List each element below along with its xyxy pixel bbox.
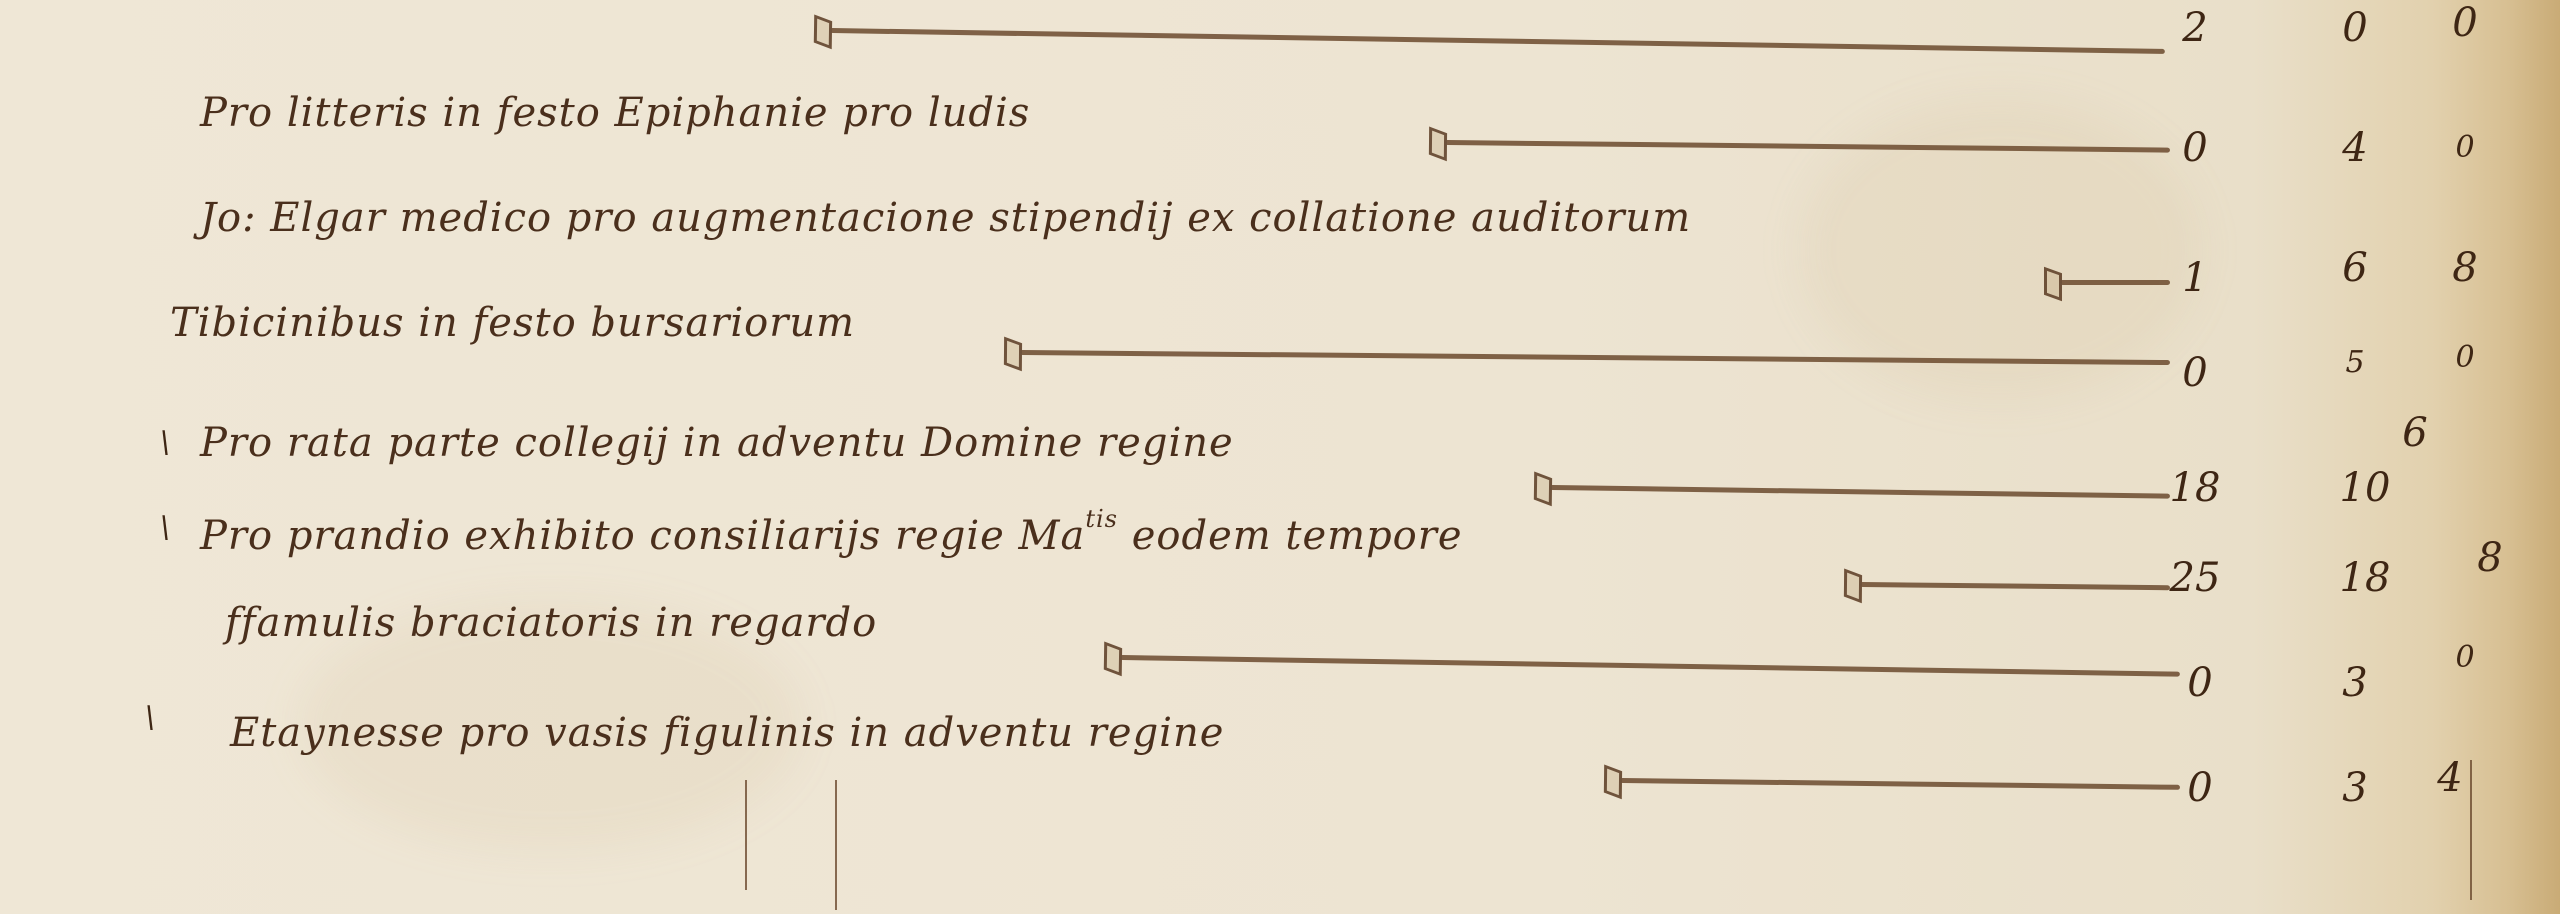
amount-li: 2 (2165, 5, 2225, 51)
amount-s: 4 (2325, 125, 2385, 171)
ink-descender (835, 780, 837, 910)
entry-text: Tibicinibus in festo bursariorum (170, 300, 855, 346)
amount-s: 6 (2325, 245, 2385, 291)
leader-line (830, 28, 2165, 54)
leader-line (1620, 778, 2180, 790)
amount-s: 18 (2335, 555, 2395, 601)
leader-line (1445, 140, 2170, 153)
entry-row: \ Pro rata parte collegij in adventu Dom… (0, 410, 2560, 470)
margin-tick: \ (145, 700, 155, 735)
amount-li: 0 (2165, 350, 2225, 396)
amount-s: 5 (2325, 345, 2385, 380)
amount-li: 25 (2165, 555, 2225, 601)
leader-line (1550, 485, 2170, 499)
amount-li: 0 (2165, 125, 2225, 171)
entry-row-top-fragment: 2 0 0 (0, 0, 2560, 60)
amount-li: 1 (2165, 255, 2225, 301)
ink-descender (745, 780, 747, 890)
entry-text: Jo: Elgar medico pro augmentacione stipe… (200, 195, 1691, 241)
margin-tick: \ (160, 510, 170, 545)
entry-row: Jo: Elgar medico pro augmentacione stipe… (0, 195, 2560, 255)
amount-d: 0 (2435, 130, 2495, 165)
entry-row: \ Etaynesse pro vasis figulinis in adven… (0, 700, 2560, 760)
amount-d: 0 (2435, 340, 2495, 375)
ink-descender (2470, 760, 2472, 900)
amount-s: 0 (2325, 5, 2385, 51)
entry-row: \ Pro prandio exhibito consiliarijs regi… (0, 500, 2560, 560)
leader-line (1860, 582, 2170, 590)
amount-s: 3 (2325, 765, 2385, 811)
leader-line (1120, 655, 2180, 677)
entry-text: Pro rata parte collegij in adventu Domin… (200, 420, 1234, 466)
entry-row: ffamulis braciatoris in regardo 0 3 0 (0, 600, 2560, 660)
amount-d: 0 (2435, 0, 2495, 46)
amount-d: 8 (2435, 245, 2495, 291)
entry-text: Etaynesse pro vasis figulinis in adventu… (230, 710, 1224, 756)
margin-tick: \ (160, 425, 170, 460)
amount-d: 6 (2385, 410, 2445, 456)
leader-line (2060, 280, 2170, 285)
amount-d: 8 (2460, 535, 2520, 581)
superscript-abbrev: tis (1085, 505, 1118, 533)
entry-text-tail: eodem tempore (1118, 513, 1463, 559)
amount-li: 0 (2170, 765, 2230, 811)
entry-row: Pro litteris in festo Epiphanie pro ludi… (0, 90, 2560, 150)
entry-text: ffamulis braciatoris in regardo (225, 600, 877, 646)
entry-text-main: Pro prandio exhibito consiliarijs regie … (200, 513, 1085, 559)
leader-line (1020, 350, 2170, 365)
manuscript-page: 2 0 0 Pro litteris in festo Epiphanie pr… (0, 0, 2560, 914)
entry-row: Tibicinibus in festo bursariorum 0 5 0 (0, 300, 2560, 360)
entry-text: Pro litteris in festo Epiphanie pro ludi… (200, 90, 1030, 136)
entry-text: Pro prandio exhibito consiliarijs regie … (200, 505, 1463, 559)
amount-d: 0 (2435, 640, 2495, 675)
